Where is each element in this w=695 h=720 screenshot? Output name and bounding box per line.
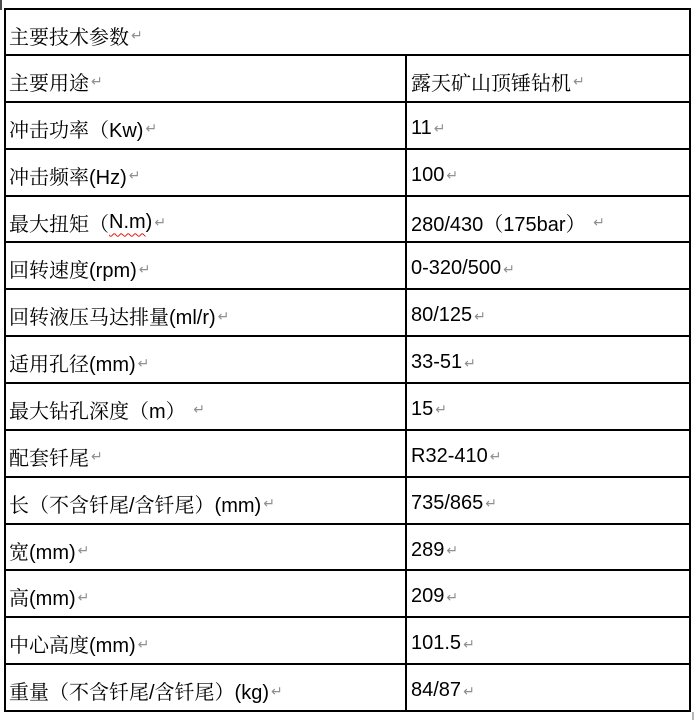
paragraph-mark-icon: ↵	[131, 28, 143, 42]
paragraph-mark-icon: ↵	[154, 215, 166, 229]
spec-value-cell[interactable]: 209 ↵	[407, 571, 689, 616]
spec-label: 冲击功率（Kw)	[9, 114, 143, 143]
spec-label-prefix: 最大扭矩（	[9, 208, 109, 237]
spec-label: 最大钻孔深度（m）	[9, 395, 191, 424]
paragraph-mark-icon: ↵	[271, 684, 283, 698]
spec-value-cell[interactable]: 33-51 ↵	[407, 337, 689, 382]
spec-label: 主要用途	[9, 67, 89, 96]
spec-value: 11	[411, 117, 432, 140]
table-row-weight: 重量（不含钎尾/含钎尾）(kg) ↵ 84/87 ↵	[6, 663, 689, 710]
spec-value-cell[interactable]: R32-410 ↵	[407, 431, 689, 476]
spec-value-cell[interactable]: 露天矿山顶锤钻机 ↵	[407, 56, 689, 101]
spec-label-cell[interactable]: 长（不含钎尾/含钎尾）(mm) ↵	[6, 478, 407, 523]
document-page: 主要技术参数 ↵ 主要用途 ↵ 露天矿山顶锤钻机 ↵ 冲击功率（Kw) ↵ 11…	[0, 0, 695, 720]
spec-label: 回转速度(rpm)	[9, 254, 137, 283]
spec-value-cell[interactable]: 11 ↵	[407, 103, 689, 148]
spec-value: 735/865	[411, 492, 483, 515]
spec-value: 15	[411, 398, 433, 421]
spec-label-cell[interactable]: 配套钎尾 ↵	[6, 431, 407, 476]
spec-value: 280/430（175bar）	[411, 208, 591, 237]
table-row-height: 高(mm) ↵ 209 ↵	[6, 569, 689, 616]
page-edge-artifact-bottom-right	[692, 712, 694, 720]
table-row-hole-diameter: 适用孔径(mm) ↵ 33-51 ↵	[6, 335, 689, 382]
spec-table: 主要技术参数 ↵ 主要用途 ↵ 露天矿山顶锤钻机 ↵ 冲击功率（Kw) ↵ 11…	[4, 8, 691, 712]
spec-value: 289	[411, 539, 444, 562]
spec-label-cell[interactable]: 适用孔径(mm) ↵	[6, 337, 407, 382]
paragraph-mark-icon: ↵	[193, 402, 205, 416]
spec-label-cell[interactable]: 冲击功率（Kw) ↵	[6, 103, 407, 148]
spec-value-cell[interactable]: 735/865 ↵	[407, 478, 689, 523]
paragraph-mark-icon: ↵	[446, 543, 458, 557]
paragraph-mark-icon: ↵	[129, 168, 141, 182]
table-title: 主要技术参数	[9, 21, 129, 50]
table-row-shank-adapter: 配套钎尾 ↵ R32-410 ↵	[6, 429, 689, 476]
spec-label-cell[interactable]: 回转速度(rpm) ↵	[6, 243, 407, 288]
paragraph-mark-icon: ↵	[593, 215, 605, 229]
table-row-center-height: 中心高度(mm) ↵ 101.5 ↵	[6, 616, 689, 663]
paragraph-mark-icon: ↵	[435, 402, 447, 416]
spec-label: 中心高度(mm)	[9, 629, 136, 658]
paragraph-mark-icon: ↵	[503, 262, 515, 276]
spec-value: 80/125	[411, 304, 472, 327]
spec-label-cell[interactable]: 主要用途 ↵	[6, 56, 407, 101]
spec-label: 重量（不含钎尾/含钎尾）(kg)	[9, 676, 269, 705]
paragraph-mark-icon: ↵	[263, 496, 275, 510]
spec-label-cell[interactable]: 最大扭矩（N.m) ↵	[6, 197, 407, 242]
paragraph-mark-icon: ↵	[463, 684, 475, 698]
spec-label-cell[interactable]: 重量（不含钎尾/含钎尾）(kg) ↵	[6, 665, 407, 710]
spec-value-cell[interactable]: 100 ↵	[407, 150, 689, 195]
paragraph-mark-icon: ↵	[138, 637, 150, 651]
table-row-main-use: 主要用途 ↵ 露天矿山顶锤钻机 ↵	[6, 54, 689, 101]
table-row-motor-displacement: 回转液压马达排量(ml/r) ↵ 80/125 ↵	[6, 288, 689, 335]
spec-label-cell[interactable]: 宽(mm) ↵	[6, 525, 407, 570]
paragraph-mark-icon: ↵	[91, 74, 103, 88]
spec-label-cell[interactable]: 中心高度(mm) ↵	[6, 618, 407, 663]
paragraph-mark-icon: ↵	[138, 356, 150, 370]
page-edge-artifact-top-left	[0, 0, 2, 10]
spec-value-cell[interactable]: 289 ↵	[407, 525, 689, 570]
paragraph-mark-icon: ↵	[218, 309, 230, 323]
table-row-impact-frequency: 冲击频率(Hz) ↵ 100 ↵	[6, 148, 689, 195]
paragraph-mark-icon: ↵	[463, 637, 475, 651]
paragraph-mark-icon: ↵	[91, 449, 103, 463]
spec-value-cell[interactable]: 80/125 ↵	[407, 290, 689, 335]
paragraph-mark-icon: ↵	[139, 262, 151, 276]
paragraph-mark-icon: ↵	[78, 590, 90, 604]
table-title-cell[interactable]: 主要技术参数 ↵	[6, 10, 689, 54]
misspelled-text: N.m	[109, 211, 146, 234]
paragraph-mark-icon: ↵	[446, 590, 458, 604]
spec-value: 33-51	[411, 351, 462, 374]
table-row-max-drilling-depth: 最大钻孔深度（m） ↵ 15 ↵	[6, 382, 689, 429]
spec-label: 宽(mm)	[9, 536, 76, 565]
spec-label: 长（不含钎尾/含钎尾）(mm)	[9, 489, 261, 518]
spec-label-cell[interactable]: 回转液压马达排量(ml/r) ↵	[6, 290, 407, 335]
spec-label-cell[interactable]: 高(mm) ↵	[6, 571, 407, 616]
paragraph-mark-icon: ↵	[78, 543, 90, 557]
spec-label-cell[interactable]: 最大钻孔深度（m） ↵	[6, 384, 407, 429]
paragraph-mark-icon: ↵	[434, 121, 446, 135]
spec-label: 冲击频率(Hz)	[9, 161, 127, 190]
spec-label: 适用孔径(mm)	[9, 348, 136, 377]
spec-label-suffix: )	[146, 211, 153, 234]
spec-value: 101.5	[411, 632, 461, 655]
spec-value: R32-410	[411, 445, 488, 468]
table-row-width: 宽(mm) ↵ 289 ↵	[6, 523, 689, 570]
spec-value-cell[interactable]: 15 ↵	[407, 384, 689, 429]
paragraph-mark-icon: ↵	[573, 74, 585, 88]
table-row-length: 长（不含钎尾/含钎尾）(mm) ↵ 735/865 ↵	[6, 476, 689, 523]
spec-value-cell[interactable]: 84/87 ↵	[407, 665, 689, 710]
paragraph-mark-icon: ↵	[474, 309, 486, 323]
table-row-max-torque: 最大扭矩（N.m) ↵ 280/430（175bar） ↵	[6, 195, 689, 242]
spec-value: 209	[411, 585, 444, 608]
spec-value-cell[interactable]: 101.5 ↵	[407, 618, 689, 663]
spec-label: 配套钎尾	[9, 442, 89, 471]
paragraph-mark-icon: ↵	[446, 168, 458, 182]
spec-label-cell[interactable]: 冲击频率(Hz) ↵	[6, 150, 407, 195]
paragraph-mark-icon: ↵	[145, 121, 157, 135]
spec-label: 回转液压马达排量(ml/r)	[9, 301, 216, 330]
spec-value: 84/87	[411, 679, 461, 702]
spec-value-cell[interactable]: 280/430（175bar） ↵	[407, 197, 689, 242]
paragraph-mark-icon: ↵	[464, 356, 476, 370]
spec-value: 100	[411, 164, 444, 187]
spec-value: 0-320/500	[411, 257, 501, 280]
table-row-impact-power: 冲击功率（Kw) ↵ 11 ↵	[6, 101, 689, 148]
spec-label: 高(mm)	[9, 582, 76, 611]
spec-value-cell[interactable]: 0-320/500 ↵	[407, 243, 689, 288]
spec-value: 露天矿山顶锤钻机	[411, 67, 571, 96]
paragraph-mark-icon: ↵	[490, 449, 502, 463]
table-row-rotation-speed: 回转速度(rpm) ↵ 0-320/500 ↵	[6, 241, 689, 288]
table-title-row: 主要技术参数 ↵	[6, 10, 689, 54]
paragraph-mark-icon: ↵	[485, 496, 497, 510]
